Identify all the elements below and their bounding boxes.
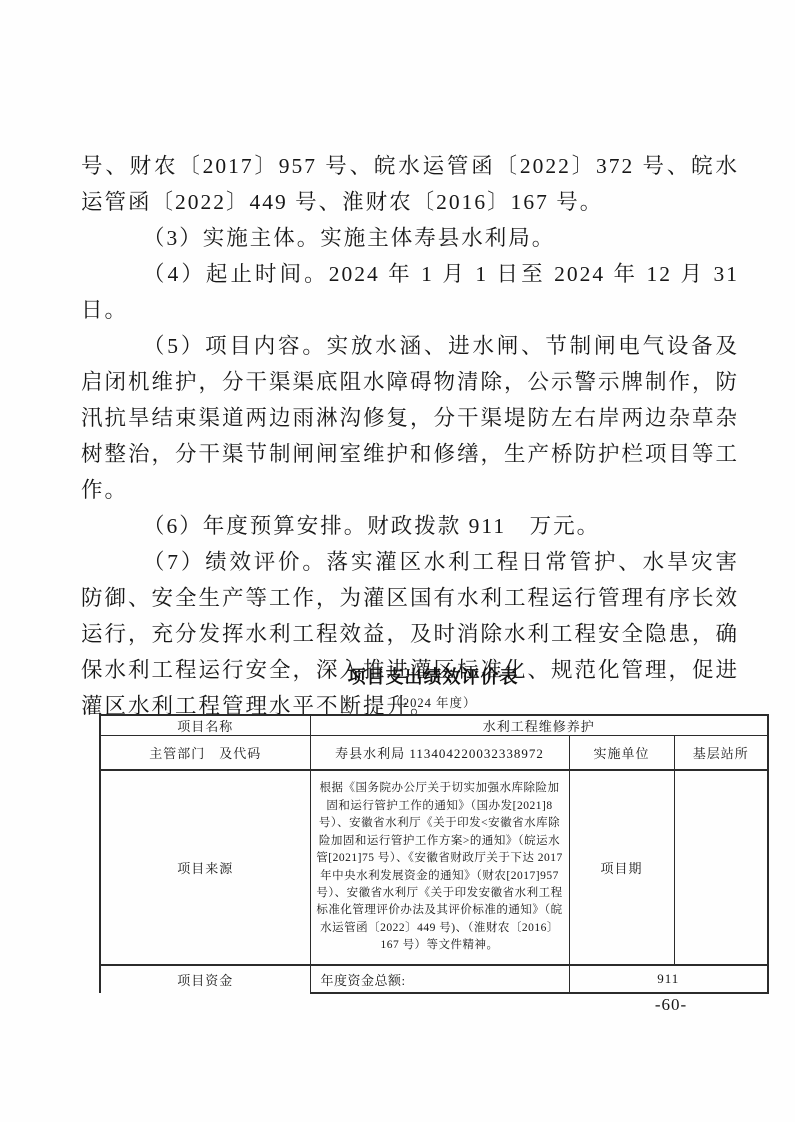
annual-fund-total-value: 911	[569, 965, 768, 993]
table-title: 项目支出绩效评价表	[99, 663, 767, 689]
project-funds-label: 项目资金	[100, 965, 310, 993]
document-page: 号、财农〔2017〕957 号、皖水运管函〔2022〕372 号、皖水运管函〔2…	[0, 0, 795, 1122]
dept-and-code-label: 主管部门 及代码	[100, 736, 310, 771]
table-row: 项目名称 水利工程维修养护	[100, 715, 768, 736]
project-period-empty-cell	[674, 770, 768, 965]
paragraph-item-6: （6）年度预算安排。财政拨款 911 万元。	[81, 508, 739, 544]
project-name-label: 项目名称	[100, 715, 310, 736]
project-name-value: 水利工程维修养护	[310, 715, 768, 736]
page-number: -60-	[641, 995, 701, 1015]
body-text: 号、财农〔2017〕957 号、皖水运管函〔2022〕372 号、皖水运管函〔2…	[81, 148, 739, 724]
impl-unit-label: 实施单位	[569, 736, 674, 771]
base-station-label: 基层站所	[674, 736, 768, 771]
table-row: 项目来源 根据《国务院办公厅关于切实加强水库除险加固和运行管护工作的通知》（国办…	[100, 770, 768, 965]
paragraph-continuation: 号、财农〔2017〕957 号、皖水运管函〔2022〕372 号、皖水运管函〔2…	[81, 148, 739, 220]
dept-and-code-value: 寿县水利局 113404220032338972	[310, 736, 569, 771]
project-source-cell: 根据《国务院办公厅关于切实加强水库除险加固和运行管护工作的通知》（国办发[202…	[310, 770, 569, 965]
annual-fund-total-label: 年度资金总额:	[310, 965, 569, 993]
project-source-label: 项目来源	[100, 770, 310, 965]
project-period-label: 项目期	[569, 770, 674, 965]
performance-evaluation-table: 项目名称 水利工程维修养护 主管部门 及代码 寿县水利局 11340422003…	[99, 714, 769, 994]
table-row: 项目资金 年度资金总额: 911	[100, 965, 768, 993]
project-source-wrap: 根据《国务院办公厅关于切实加强水库除险加固和运行管护工作的通知》（国办发[202…	[311, 772, 569, 964]
paragraph-item-5: （5）项目内容。实放水涵、进水闸、节制闸电气设备及启闭机维护，分干渠渠底阻水障碍…	[81, 328, 739, 508]
project-source-text: 根据《国务院办公厅关于切实加强水库除险加固和运行管护工作的通知》（国办发[202…	[311, 780, 569, 954]
table-row: 主管部门 及代码 寿县水利局 113404220032338972 实施单位 基…	[100, 736, 768, 771]
paragraph-item-4: （4）起止时间。2024 年 1 月 1 日至 2024 年 12 月 31 日…	[81, 256, 739, 328]
paragraph-item-3: （3）实施主体。实施主体寿县水利局。	[81, 220, 739, 256]
table-subtitle: （2024 年度）	[99, 693, 767, 711]
